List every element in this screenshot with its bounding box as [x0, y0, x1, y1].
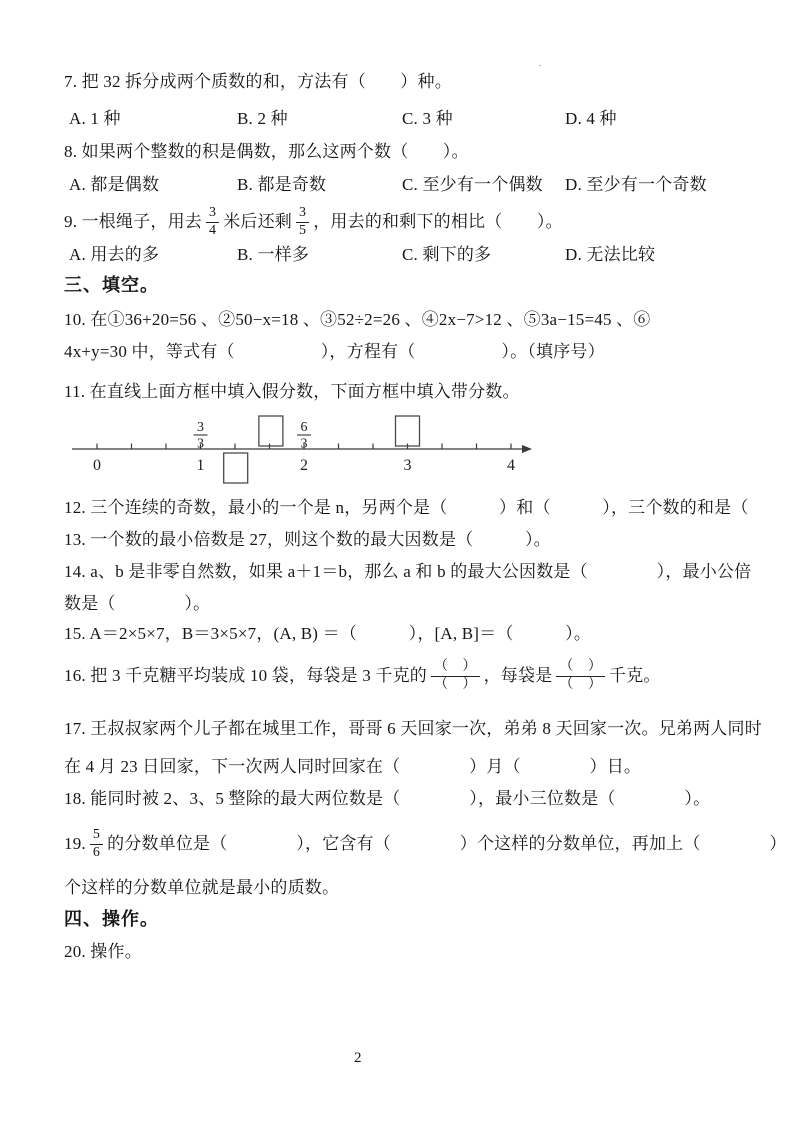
question-9-options: A. 用去的多 B. 一样多 C. 剩下的多 D. 无法比较: [64, 244, 770, 266]
question-19-number: 19.: [64, 833, 86, 855]
question-9-stem: 9. 一根绳子，用去 3 4 米后还剩 3 5 ，用去的和剩下的相比（ ）。: [64, 198, 563, 246]
scan-artifact-dot: ·: [538, 60, 542, 72]
option-a: A. 都是偶数: [69, 174, 159, 196]
question-9-text-pre: 9. 一根绳子，用去: [64, 211, 202, 233]
option-c: C. 至少有一个偶数: [402, 174, 543, 196]
question-16-text-pre: 16. 把 3 千克糖平均装成 10 袋，每袋是 3 千克的: [64, 665, 427, 687]
number-line: 012343363: [60, 408, 540, 492]
answer-box-above: [259, 416, 283, 446]
question-10-line1: 10. 在①36+20=56 、②50−x=18 、③52÷2=26 、④2x−…: [64, 309, 651, 331]
question-11-stem: 11. 在直线上面方框中填入假分数，下面方框中填入带分数。: [64, 381, 520, 403]
question-18-stem: 18. 能同时被 2、3、5 整除的最大两位数是（ ），最小三位数是（ ）。: [64, 788, 710, 810]
question-14-line2: 数是（ ）。: [64, 593, 210, 615]
answer-box-above: [396, 416, 420, 446]
option-d: D. 至少有一个奇数: [565, 174, 707, 196]
axis-label: 3: [404, 457, 412, 474]
question-9-text-post: ，用去的和剩下的相比（ ）。: [313, 211, 563, 233]
axis-label: 1: [197, 457, 205, 474]
question-19-line1: 19. 5 6 的分数单位是（ ），它含有（ ）个这样的分数单位，再加上（ ）: [64, 820, 787, 868]
option-a: A. 用去的多: [69, 244, 159, 266]
fraction-denominator: 3: [197, 437, 204, 452]
fraction-5-6: 5 6: [90, 827, 103, 860]
question-9-text-mid: 米后还剩: [223, 211, 292, 233]
question-7-options: A. 1 种 B. 2 种 C. 3 种 D. 4 种: [64, 108, 770, 130]
fraction-numerator: 6: [301, 420, 308, 435]
option-b: B. 都是奇数: [237, 174, 326, 196]
option-c: C. 3 种: [402, 108, 453, 130]
question-16-text-mid: ，每袋是: [484, 665, 553, 687]
answer-box-below: [224, 453, 248, 483]
question-14-line1: 14. a、b 是非零自然数，如果 a＋1＝b，那么 a 和 b 的最大公因数是…: [64, 561, 751, 583]
question-16-stem: 16. 把 3 千克糖平均装成 10 袋，每袋是 3 千克的 （ ） （ ） ，…: [64, 652, 661, 700]
axis-label: 0: [93, 457, 101, 474]
fraction-3-5: 3 5: [296, 205, 309, 238]
fraction-3-4: 3 4: [206, 205, 219, 238]
question-10-line2: 4x+y=30 中，等式有（ ），方程有（ ）。（填序号）: [64, 341, 605, 363]
blank-fraction: （ ） （ ）: [556, 659, 605, 692]
blank-fraction: （ ） （ ）: [431, 659, 480, 692]
option-c: C. 剩下的多: [402, 244, 491, 266]
question-20-stem: 20. 操作。: [64, 941, 142, 963]
question-7-stem: 7. 把 32 拆分成两个质数的和，方法有（ ）种。: [64, 71, 452, 93]
axis-label: 4: [507, 457, 515, 474]
question-17-line2: 在 4 月 23 日回家，下一次两人同时回家在（ ）月（ ）日。: [64, 756, 641, 778]
question-12-stem: 12. 三个连续的奇数，最小的一个是 n，另两个是（ ）和（ ），三个数的和是（…: [64, 497, 793, 519]
fraction-denominator: 3: [301, 437, 308, 452]
option-d: D. 4 种: [565, 108, 617, 130]
section-fill-header: 三、填空。: [64, 274, 159, 296]
question-16-text-post: 千克。: [609, 665, 661, 687]
exam-page: · 7. 把 32 拆分成两个质数的和，方法有（ ）种。 A. 1 种 B. 2…: [0, 0, 793, 1122]
fraction-numerator: 3: [197, 420, 204, 435]
question-8-options: A. 都是偶数 B. 都是奇数 C. 至少有一个偶数 D. 至少有一个奇数: [64, 174, 770, 196]
page-number: 2: [354, 1050, 362, 1067]
question-13-stem: 13. 一个数的最小倍数是 27，则这个数的最大因数是（ ）。: [64, 529, 551, 551]
question-15-stem: 15. A＝2×5×7，B＝3×5×7，(A, B) ＝（ ），[A, B]＝（…: [64, 623, 591, 645]
question-19-text: 的分数单位是（ ），它含有（ ）个这样的分数单位，再加上（ ）: [107, 833, 787, 855]
question-8-stem: 8. 如果两个整数的积是偶数，那么这两个数（ ）。: [64, 141, 469, 163]
axis-arrow: [522, 445, 532, 453]
question-17-line1: 17. 王叔叔家两个儿子都在城里工作，哥哥 6 天回家一次，弟弟 8 天回家一次…: [64, 718, 762, 740]
option-b: B. 2 种: [237, 108, 288, 130]
question-19-line2: 个这样的分数单位就是最小的质数。: [64, 877, 339, 899]
option-d: D. 无法比较: [565, 244, 655, 266]
section-operate-header: 四、操作。: [64, 908, 159, 930]
option-b: B. 一样多: [237, 244, 309, 266]
axis-label: 2: [300, 457, 308, 474]
option-a: A. 1 种: [69, 108, 121, 130]
